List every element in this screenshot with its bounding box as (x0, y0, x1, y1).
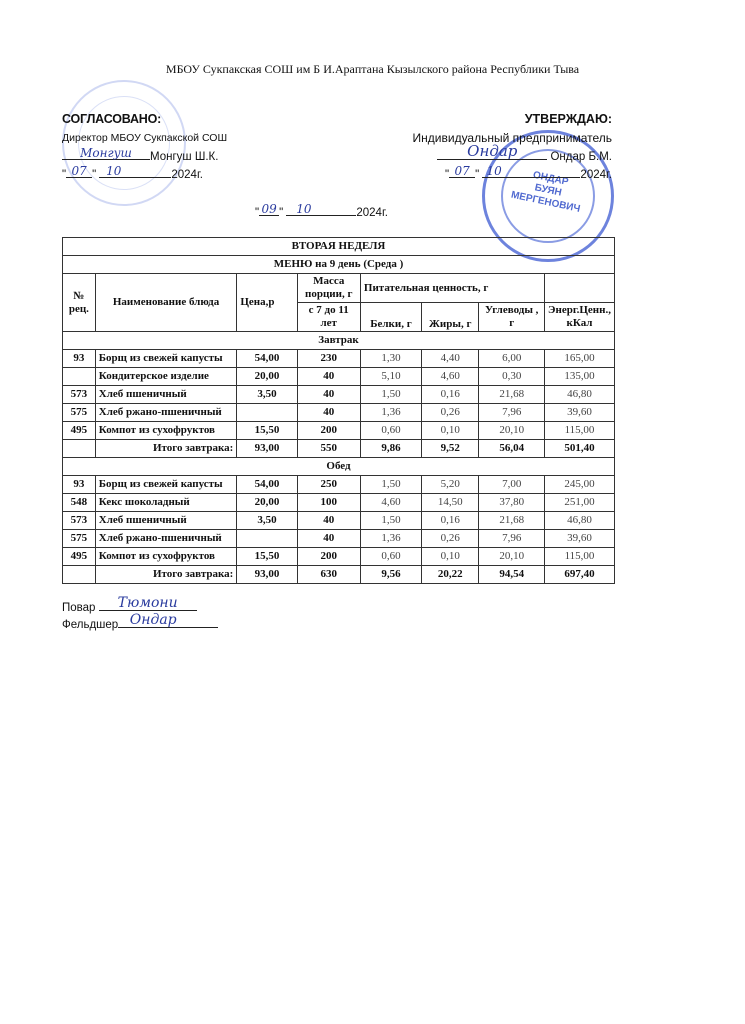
table-row: 495Компот из сухофруктов15,502000,600,10… (63, 548, 615, 566)
recipe-no: 495 (63, 548, 96, 566)
recipe-no: 573 (63, 512, 96, 530)
fats: 0,10 (422, 422, 479, 440)
proteins: 1,50 (360, 386, 421, 404)
approval-left-signature: Монгуш (80, 146, 132, 160)
proteins: 5,10 (360, 368, 421, 386)
total-empty (63, 440, 96, 458)
carbs: 6,00 (479, 350, 545, 368)
proteins: 1,36 (360, 530, 421, 548)
recipe-no: 548 (63, 494, 96, 512)
header-carbs: Углеводы , г (479, 303, 545, 332)
price: 54,00 (237, 476, 297, 494)
fats: 0,26 (422, 404, 479, 422)
approval-right-block: УТВЕРЖДАЮ: Индивидуальный предпринимател… (413, 112, 612, 181)
total-price: 93,00 (237, 440, 297, 458)
dish-name: Хлеб ржано-пшеничный (95, 404, 237, 422)
total-price: 93,00 (237, 566, 297, 584)
week-title: ВТОРАЯ НЕДЕЛЯ (63, 238, 615, 256)
table-row: 575Хлеб ржано-пшеничный401,360,267,9639,… (63, 404, 615, 422)
proteins: 1,36 (360, 404, 421, 422)
proteins: 1,30 (360, 350, 421, 368)
table-row: 575Хлеб ржано-пшеничный401,360,267,9639,… (63, 530, 615, 548)
energy: 46,80 (545, 512, 615, 530)
approval-left-position: Директор МБОУ Сукпакской СОШ (62, 132, 227, 144)
medic-signature-row: ФельдшерОндар (62, 614, 218, 631)
header-recipe-no: № рец. (63, 274, 96, 332)
approval-left-signature-line: Монгуш (62, 147, 150, 160)
carbs: 20,10 (479, 422, 545, 440)
dish-name: Компот из сухофруктов (95, 422, 237, 440)
fats: 4,60 (422, 368, 479, 386)
total-proteins: 9,56 (360, 566, 421, 584)
price: 3,50 (237, 386, 297, 404)
proteins: 0,60 (360, 422, 421, 440)
table-row: 93Борщ из свежей капусты54,002301,304,40… (63, 350, 615, 368)
portion-mass: 200 (297, 422, 360, 440)
cook-signature: Тюмони (118, 595, 178, 611)
energy: 115,00 (545, 548, 615, 566)
fats: 0,10 (422, 548, 479, 566)
dish-name: Борщ из свежей капусты (95, 476, 237, 494)
total-mass: 550 (297, 440, 360, 458)
total-empty (63, 566, 96, 584)
recipe-no: 93 (63, 476, 96, 494)
total-row: Итого завтрака:93,005509,869,5256,04501,… (63, 440, 615, 458)
carbs: 20,10 (479, 548, 545, 566)
approval-left-title: СОГЛАСОВАНО: (62, 112, 227, 126)
table-row: 93Борщ из свежей капусты54,002501,505,20… (63, 476, 615, 494)
menu-date-year: 2024г. (356, 207, 388, 219)
dish-name: Кондитерское изделие (95, 368, 237, 386)
price: 15,50 (237, 422, 297, 440)
price: 20,00 (237, 368, 297, 386)
header-fats: Жиры, г (422, 303, 479, 332)
recipe-no: 575 (63, 530, 96, 548)
fats: 0,16 (422, 386, 479, 404)
portion-mass: 200 (297, 548, 360, 566)
proteins: 1,50 (360, 512, 421, 530)
approval-right-signature: Ондар (467, 142, 517, 160)
approval-right-month: 10 (487, 164, 502, 178)
menu-table: ВТОРАЯ НЕДЕЛЯ МЕНЮ на 9 день (Среда ) № … (62, 237, 615, 584)
recipe-no: 573 (63, 386, 96, 404)
fats: 0,16 (422, 512, 479, 530)
medic-signature: Ондар (130, 612, 177, 628)
total-carbs: 94,54 (479, 566, 545, 584)
approval-left-month: 10 (106, 164, 121, 178)
portion-mass: 40 (297, 404, 360, 422)
carbs: 21,68 (479, 512, 545, 530)
menu-date-day: 09 (261, 202, 276, 216)
table-row: 573Хлеб пшеничный3,50401,500,1621,6846,8… (63, 386, 615, 404)
section-title: Завтрак (63, 332, 615, 350)
recipe-no: 575 (63, 404, 96, 422)
proteins: 0,60 (360, 548, 421, 566)
total-carbs: 56,04 (479, 440, 545, 458)
energy: 39,60 (545, 530, 615, 548)
approval-right-signature-line: Ондар (437, 147, 547, 160)
dish-name: Борщ из свежей капусты (95, 350, 237, 368)
table-row: 495Компот из сухофруктов15,502000,600,10… (63, 422, 615, 440)
price: 54,00 (237, 350, 297, 368)
recipe-no: 93 (63, 350, 96, 368)
fats: 14,50 (422, 494, 479, 512)
approval-left-year: 2024г. (171, 169, 203, 181)
fats: 5,20 (422, 476, 479, 494)
carbs: 21,68 (479, 386, 545, 404)
header-dish-name: Наименование блюда (95, 274, 237, 332)
approval-right-year: 2024г. (580, 169, 612, 181)
total-label: Итого завтрака: (95, 566, 237, 584)
header-empty (545, 274, 615, 303)
table-row: 573Хлеб пшеничный3,50401,500,1621,6846,8… (63, 512, 615, 530)
total-proteins: 9,86 (360, 440, 421, 458)
price: 3,50 (237, 512, 297, 530)
energy: 135,00 (545, 368, 615, 386)
price (237, 404, 297, 422)
fats: 0,26 (422, 530, 479, 548)
total-label: Итого завтрака: (95, 440, 237, 458)
portion-mass: 40 (297, 386, 360, 404)
header-portion-mass: Масса порции, г (297, 274, 360, 303)
price: 20,00 (237, 494, 297, 512)
recipe-no: 495 (63, 422, 96, 440)
approval-left-day: 07 (71, 164, 86, 178)
carbs: 7,96 (479, 530, 545, 548)
portion-mass: 250 (297, 476, 360, 494)
menu-date-month: 10 (296, 202, 311, 216)
header-proteins: Белки, г (360, 303, 421, 332)
portion-mass: 40 (297, 512, 360, 530)
approval-left-name: Монгуш Ш.К. (150, 151, 218, 163)
fats: 4,40 (422, 350, 479, 368)
table-row: 548Кекс шоколадный20,001004,6014,5037,80… (63, 494, 615, 512)
header-nutrition: Питательная ценность, г (360, 274, 544, 303)
energy: 46,80 (545, 386, 615, 404)
total-fats: 9,52 (422, 440, 479, 458)
total-fats: 20,22 (422, 566, 479, 584)
header-price: Цена,р (237, 274, 297, 332)
approval-left-block: СОГЛАСОВАНО: Директор МБОУ Сукпакской СО… (62, 112, 227, 181)
carbs: 0,30 (479, 368, 545, 386)
header-age-group: с 7 до 11 лет (297, 303, 360, 332)
energy: 245,00 (545, 476, 615, 494)
dish-name: Хлеб ржано-пшеничный (95, 530, 237, 548)
menu-title: МЕНЮ на 9 день (Среда ) (63, 256, 615, 274)
header-energy: Энерг.Ценн., кКал (545, 303, 615, 332)
dish-name: Компот из сухофруктов (95, 548, 237, 566)
medic-label: Фельдшер (62, 619, 118, 631)
dish-name: Хлеб пшеничный (95, 512, 237, 530)
carbs: 7,00 (479, 476, 545, 494)
portion-mass: 100 (297, 494, 360, 512)
total-energy: 697,40 (545, 566, 615, 584)
total-mass: 630 (297, 566, 360, 584)
section-title: Обед (63, 458, 615, 476)
approval-right-name: Ондар Б.М. (550, 151, 612, 163)
price (237, 530, 297, 548)
cook-label: Повар (62, 602, 95, 614)
portion-mass: 230 (297, 350, 360, 368)
total-row: Итого завтрака:93,006309,5620,2294,54697… (63, 566, 615, 584)
energy: 251,00 (545, 494, 615, 512)
carbs: 37,80 (479, 494, 545, 512)
menu-date: "09" 102024г. (255, 203, 388, 219)
portion-mass: 40 (297, 368, 360, 386)
energy: 165,00 (545, 350, 615, 368)
proteins: 4,60 (360, 494, 421, 512)
carbs: 7,96 (479, 404, 545, 422)
price: 15,50 (237, 548, 297, 566)
energy: 39,60 (545, 404, 615, 422)
proteins: 1,50 (360, 476, 421, 494)
table-row: Кондитерское изделие20,00405,104,600,301… (63, 368, 615, 386)
dish-name: Кекс шоколадный (95, 494, 237, 512)
energy: 115,00 (545, 422, 615, 440)
approval-right-day: 07 (455, 164, 470, 178)
dish-name: Хлеб пшеничный (95, 386, 237, 404)
portion-mass: 40 (297, 530, 360, 548)
organization-header: МБОУ Сукпакская СОШ им Б И.Арaптана Кызы… (0, 62, 745, 77)
total-energy: 501,40 (545, 440, 615, 458)
recipe-no (63, 368, 96, 386)
approval-right-title: УТВЕРЖДАЮ: (413, 112, 612, 126)
